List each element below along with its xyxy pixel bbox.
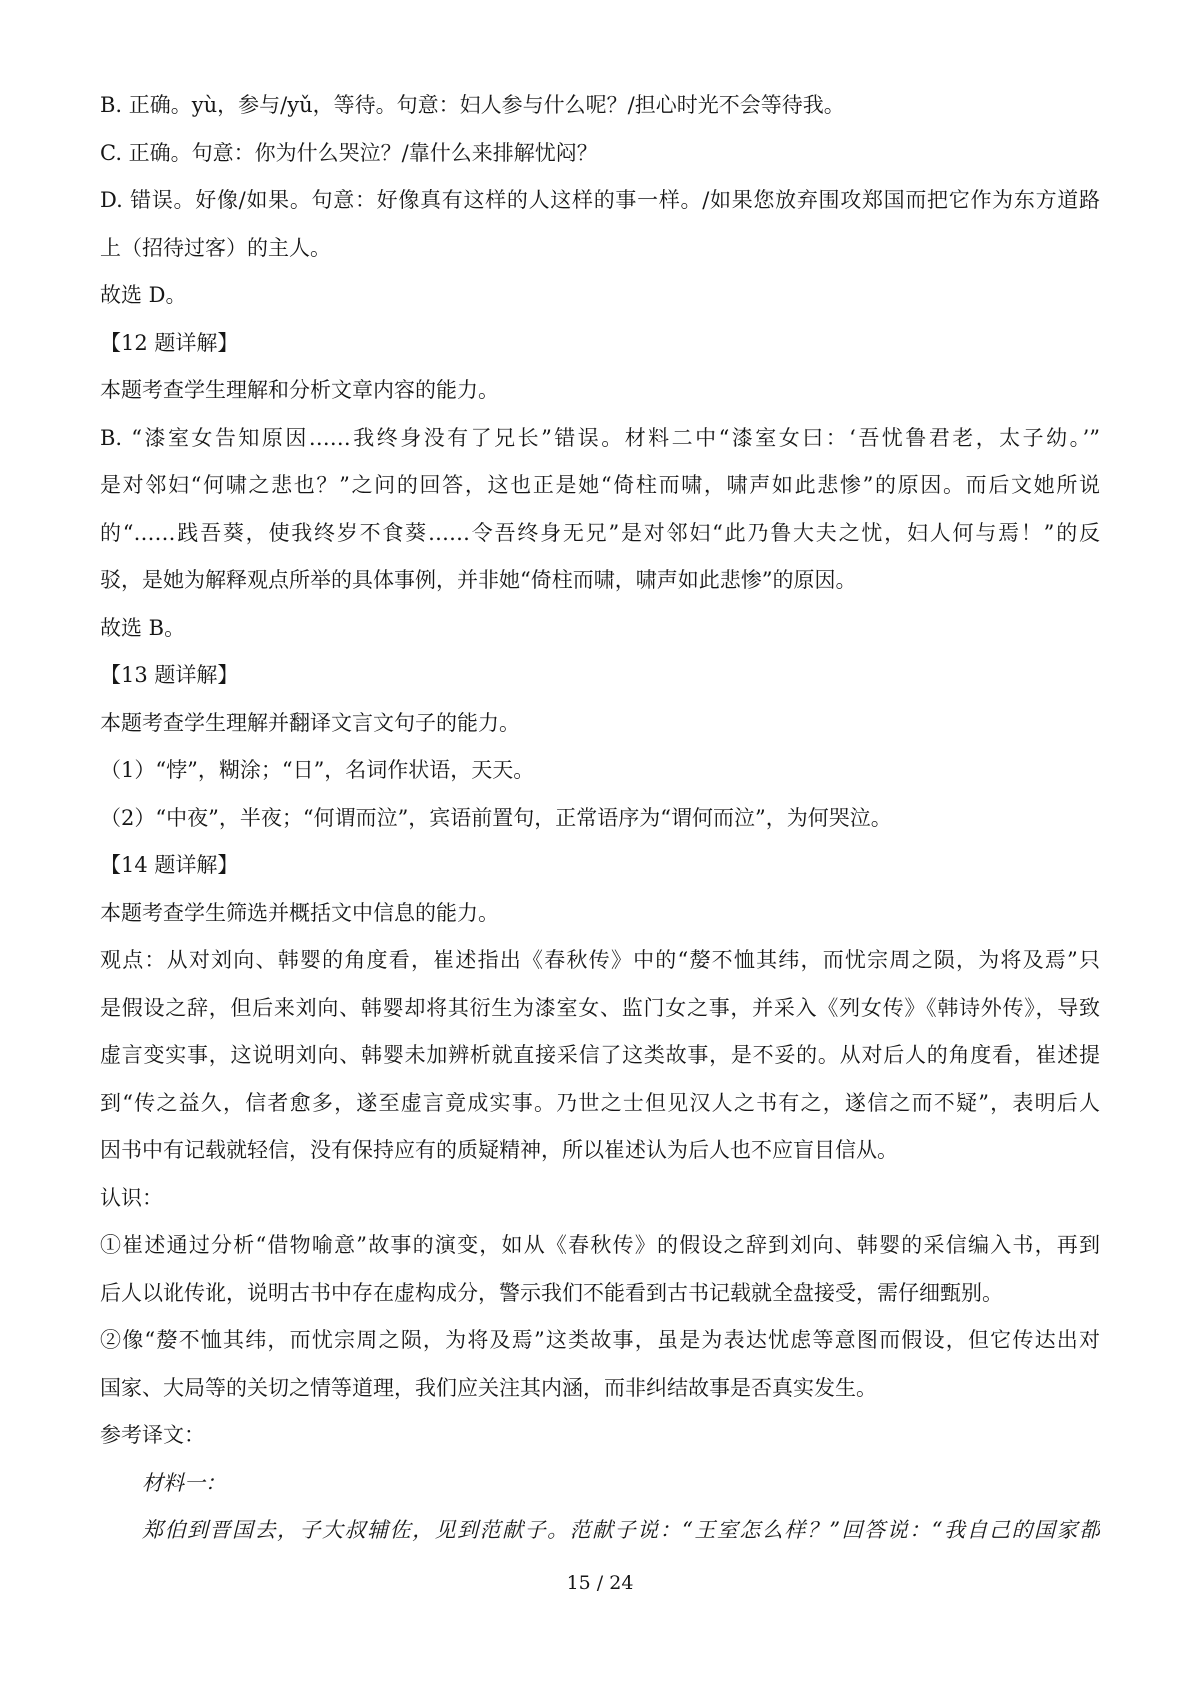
text-line: C. 正确。句意：你为什么哭泣？/靠什么来排解忧闷？	[100, 130, 1100, 178]
answer-explanation-text: B. 正确。yù，参与/yǔ，等待。句意：妇人参与什么呢？/担心时光不会等待我。…	[0, 0, 1200, 1555]
text-line: 上（招待过客）的主人。	[100, 225, 1100, 273]
text-line: 【14 题详解】	[100, 842, 1100, 890]
text-line: 是假设之辞，但后来刘向、韩婴却将其衍生为漆室女、监门女之事，并采入《列女传》《韩…	[100, 985, 1100, 1033]
text-line: ①崔述通过分析“借物喻意”故事的演变，如从《春秋传》的假设之辞到刘向、韩婴的采信…	[100, 1222, 1100, 1270]
text-line: （2）“中夜”，半夜；“何谓而泣”，宾语前置句，正常语序为“谓何而泣”，为何哭泣…	[100, 795, 1100, 843]
text-line: 国家、大局等的关切之情等道理，我们应关注其内涵，而非纠结故事是否真实发生。	[100, 1365, 1100, 1413]
text-line: 【13 题详解】	[100, 652, 1100, 700]
text-line: 是对邻妇“何啸之悲也？”之问的回答，这也正是她“倚柱而啸，啸声如此悲惨”的原因。…	[100, 462, 1100, 510]
text-line: 本题考查学生理解和分析文章内容的能力。	[100, 367, 1100, 415]
text-line: 驳，是她为解释观点所举的具体事例，并非她“倚柱而啸，啸声如此悲惨”的原因。	[100, 557, 1100, 605]
text-line: 本题考查学生理解并翻译文言文句子的能力。	[100, 700, 1100, 748]
text-line: 到“传之益久，信者愈多，遂至虚言竟成实事。乃世之士但见汉人之书有之，遂信之而不疑…	[100, 1080, 1100, 1128]
text-line: 故选 D。	[100, 272, 1100, 320]
text-line: B. 正确。yù，参与/yǔ，等待。句意：妇人参与什么呢？/担心时光不会等待我。	[100, 82, 1100, 130]
text-line: 认识：	[100, 1175, 1100, 1223]
text-line: 本题考查学生筛选并概括文中信息的能力。	[100, 890, 1100, 938]
text-line: 参考译文：	[100, 1412, 1100, 1460]
text-line: 故选 B。	[100, 605, 1100, 653]
text-line: 虚言变实事，这说明刘向、韩婴未加辨析就直接采信了这类故事，是不妥的。从对后人的角…	[100, 1032, 1100, 1080]
text-line: 因书中有记载就轻信，没有保持应有的质疑精神，所以崔述认为后人也不应盲目信从。	[100, 1127, 1100, 1175]
text-line: B. “漆室女告知原因……我终身没有了兄长”错误。材料二中“漆室女曰：‘吾忧鲁君…	[100, 415, 1100, 463]
document-page: B. 正确。yù，参与/yǔ，等待。句意：妇人参与什么呢？/担心时光不会等待我。…	[0, 0, 1200, 1697]
text-line: 后人以讹传讹，说明古书中存在虚构成分，警示我们不能看到古书记载就全盘接受，需仔细…	[100, 1270, 1100, 1318]
text-line: 的“……践吾葵，使我终岁不食葵……令吾终身无兄”是对邻妇“此乃鲁大夫之忧，妇人何…	[100, 510, 1100, 558]
text-line: 郑伯到晋国去，子大叔辅佐，见到范献子。范献子说：“王室怎么样？”回答说：“我自己…	[100, 1507, 1100, 1555]
text-line: ②像“嫠不恤其纬，而忧宗周之陨，为将及焉”这类故事，虽是为表达忧虑等意图而假设，…	[100, 1317, 1100, 1365]
text-line: 材料一：	[100, 1460, 1100, 1508]
text-line: D. 错误。好像/如果。句意：好像真有这样的人这样的事一样。/如果您放弃围攻郑国…	[100, 177, 1100, 225]
text-line: 观点：从对刘向、韩婴的角度看，崔述指出《春秋传》中的“嫠不恤其纬，而忧宗周之陨，…	[100, 937, 1100, 985]
page-number: 15 / 24	[0, 1569, 1200, 1597]
text-line: （1）“悖”，糊涂；“日”，名词作状语，天天。	[100, 747, 1100, 795]
text-line: 【12 题详解】	[100, 320, 1100, 368]
